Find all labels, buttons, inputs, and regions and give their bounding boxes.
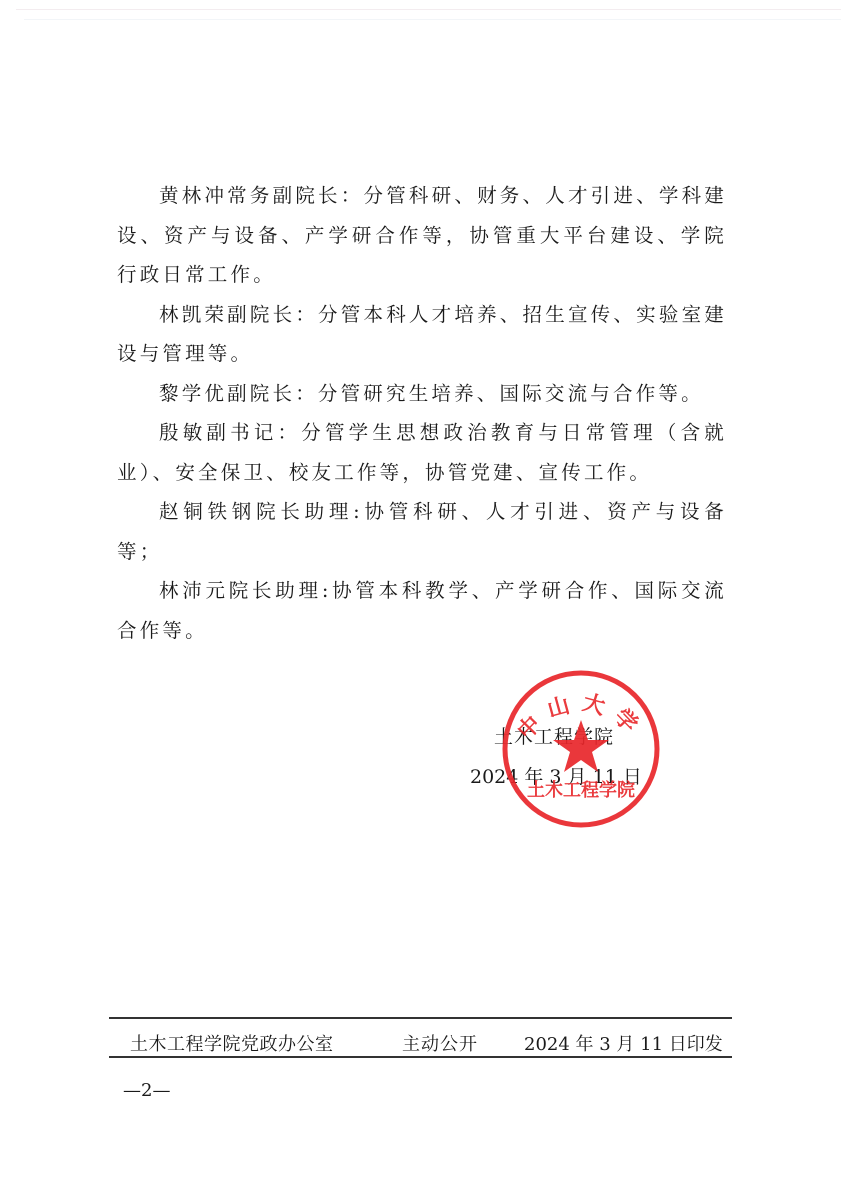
top-edge-rule (16, 9, 841, 10)
official-seal-icon: 中山大学 土木工程学院 (500, 668, 662, 830)
footer-issue-date: 2024 年 3 月 11 日印发 (524, 1030, 723, 1056)
page-number: —2— (123, 1080, 170, 1101)
paragraph-lin-kairong: 林凯荣副院长：分管本科人才培养、招生宣传、实验室建设与管理等。 (117, 295, 727, 374)
footer-office: 土木工程学院党政办公室 (130, 1030, 334, 1056)
paragraph-zhao: 赵铜铁钢院长助理:协管科研、人才引进、资产与设备等； (117, 492, 727, 571)
seal-inner-text: 土木工程学院 (527, 779, 635, 801)
footer-rule-bottom (109, 1056, 732, 1058)
paragraph-huang: 黄林冲常务副院长：分管科研、财务、人才引进、学科建设、资产与设备、产学研合作等，… (117, 176, 727, 295)
top-edge-rule-secondary (24, 19, 841, 20)
paragraph-yin: 殷敏副书记：分管学生思想政治教育与日常管理（含就业）、安全保卫、校友工作等，协管… (117, 413, 727, 492)
footer-rule-top (109, 1017, 732, 1019)
paragraph-lin-peiyuan: 林沛元院长助理:协管本科教学、产学研合作、国际交流合作等。 (117, 571, 727, 650)
paragraph-li: 黎学优副院长：分管研究生培养、国际交流与合作等。 (117, 374, 727, 414)
footer-disclosure: 主动公开 (402, 1030, 478, 1056)
document-body: 黄林冲常务副院长：分管科研、财务、人才引进、学科建设、资产与设备、产学研合作等，… (117, 176, 727, 650)
